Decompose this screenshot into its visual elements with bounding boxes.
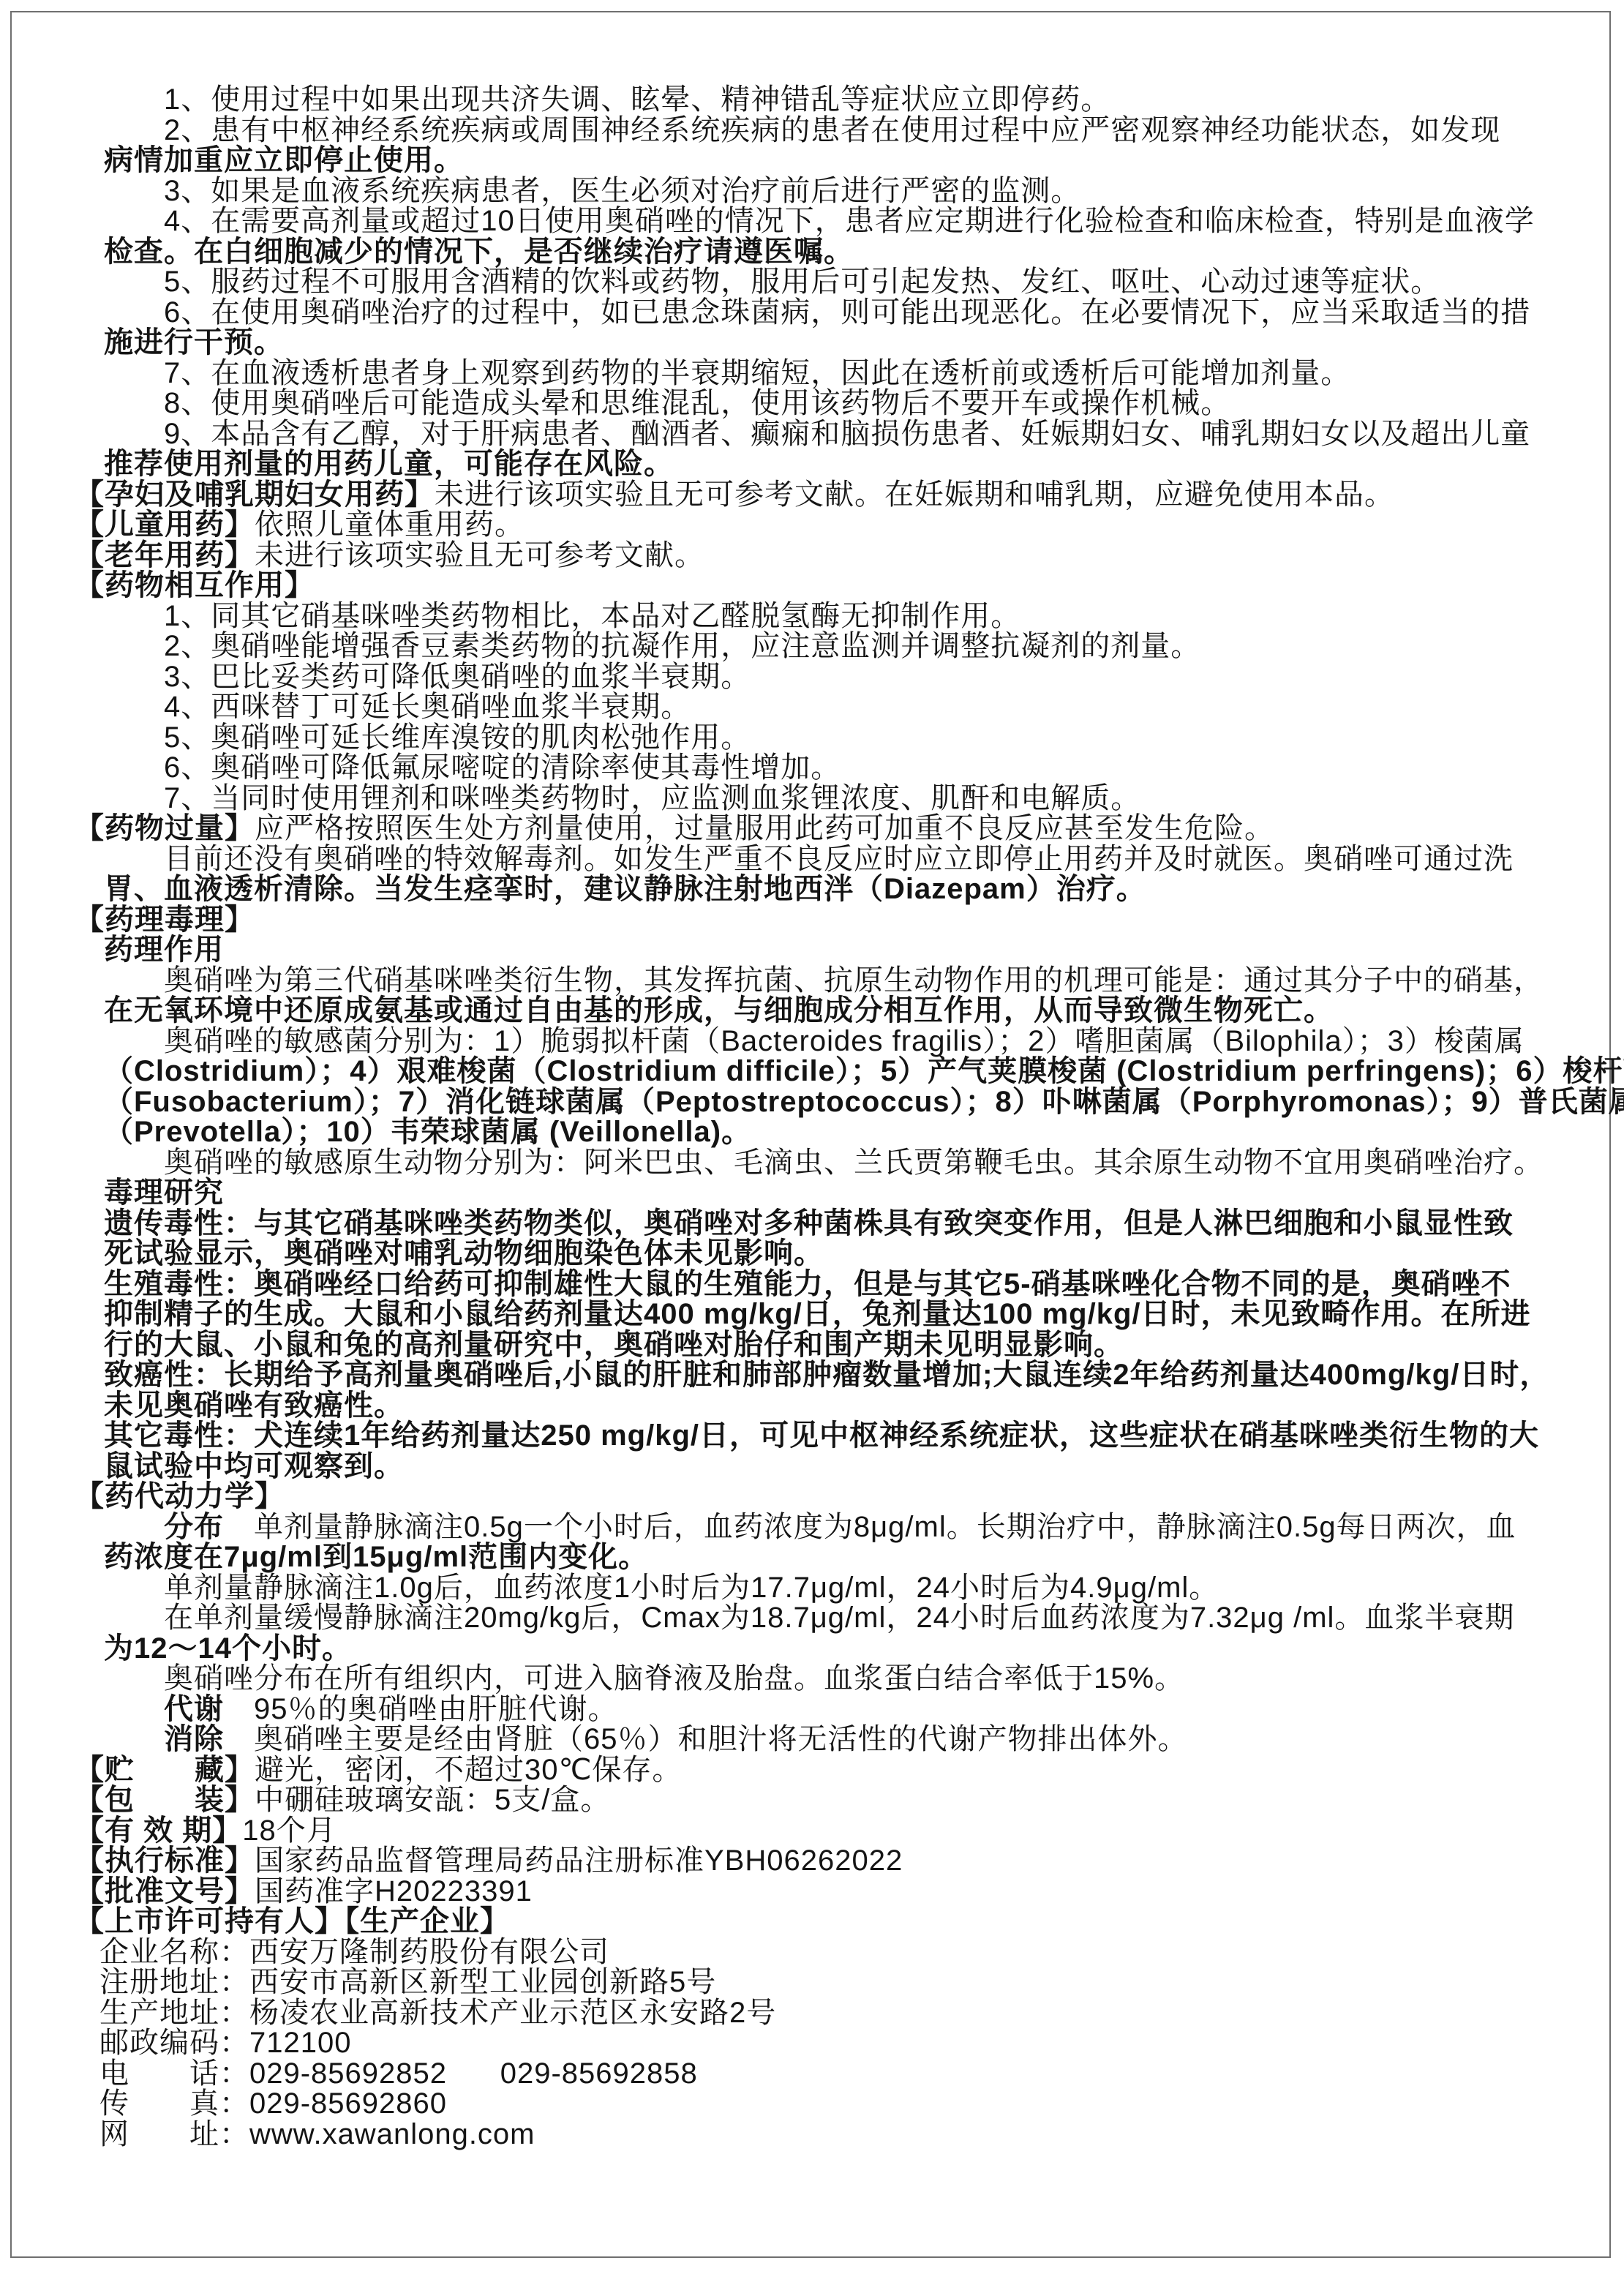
text-segment: 中硼硅玻璃安瓿：5支/盒。 (255, 1784, 610, 1816)
text-line: 病情加重应立即停止使用。 (104, 146, 1624, 176)
text-line: 施进行干预。 (104, 328, 1624, 359)
text-line: 抑制精子的生成。大鼠和小鼠给药剂量达400 mg/kg/日，兔剂量达100 mg… (104, 1299, 1624, 1330)
section-heading-line: 【贮 藏】避光，密闭，不超过30℃保存。 (75, 1755, 1624, 1786)
text-line: 推荐使用剂量的用药儿童，可能存在风险。 (104, 449, 1624, 480)
text-segment: 4、在需要高剂量或超过10日使用奥硝唑的情况下，患者应定期进行化验检查和临床检查… (164, 205, 1535, 237)
text-segment: 未见奥硝唑有致癌性。 (104, 1389, 404, 1422)
text-line: 单剂量静脉滴注1.0g后，血药浓度1小时后为17.7μg/ml，24小时后为4.… (164, 1573, 1624, 1604)
text-line: 网 址：www.xawanlong.com (99, 2120, 1624, 2150)
text-line: 生产地址：杨凌农业高新技术产业示范区永安路2号 (99, 1998, 1624, 2029)
text-line: 行的大鼠、小鼠和兔的高剂量研究中，奥硝唑对胎仔和围产期未见明显影响。 (104, 1330, 1624, 1361)
text-segment: 检查。在白细胞减少的情况下，是否继续治疗请遵医嘱。 (104, 236, 854, 268)
text-segment: 注册地址：西安市高新区新型工业园创新路5号 (99, 1966, 716, 1998)
text-line: 检查。在白细胞减少的情况下，是否继续治疗请遵医嘱。 (104, 237, 1624, 268)
text-line: 为12～14个小时。 (104, 1634, 1624, 1665)
text-segment: 与其它硝基咪唑类药物类似，奥硝唑对多种菌株具有致突变作用，但是人淋巴细胞和小鼠显… (254, 1207, 1514, 1239)
bold-text-segment: 【贮 藏】 (75, 1754, 255, 1786)
bold-text-segment: 【老年用药】 (75, 539, 255, 571)
text-segment: 为12～14个小时。 (104, 1632, 352, 1665)
text-segment: 奥硝唑经口给药可抑制雄性大鼠的生殖能力，但是与其它5-硝基咪唑化合物不同的是，奥… (254, 1268, 1511, 1300)
document-body: 1、使用过程中如果出现共济失调、眩晕、精神错乱等症状应立即停药。2、患有中枢神经… (0, 85, 1624, 2150)
section-heading-line: 【药物相互作用】 (75, 571, 1624, 601)
text-line: 代谢 95％的奥硝唑由肝脏代谢。 (164, 1695, 1624, 1725)
text-line: 毒理研究 (104, 1178, 1624, 1209)
text-segment: 国家药品监督管理局药品注册标准YBH06262022 (255, 1845, 903, 1877)
text-line: 9、本品含有乙醇，对于肝病患者、酗酒者、癫痫和脑损伤患者、妊娠期妇女、哺乳期妇女… (164, 419, 1624, 450)
text-line: 死试验显示，奥硝唑对哺乳动物细胞染色体未见影响。 (104, 1239, 1624, 1269)
section-heading-line: 【儿童用药】依照儿童体重用药。 (75, 510, 1624, 541)
section-heading-line: 【老年用药】未进行该项实验且无可参考文献。 (75, 541, 1624, 571)
bold-text-segment: 其它毒性： (104, 1419, 254, 1452)
text-segment: 传 真：029-85692860 (99, 2087, 447, 2120)
text-segment: 依照儿童体重用药。 (255, 509, 525, 541)
text-segment: 电 话：029-85692852 029-85692858 (99, 2057, 698, 2090)
bold-text-segment: 【孕妇及哺乳期妇女用药】 (75, 479, 435, 511)
text-line: 6、在使用奥硝唑治疗的过程中，如已患念珠菌病，则可能出现恶化。在必要情况下，应当… (164, 298, 1624, 329)
text-line: 奥硝唑为第三代硝基咪唑类衍生物，其发挥抗菌、抗原生动物作用的机理可能是：通过其分… (164, 966, 1624, 997)
text-segment: 2、患有中枢神经系统疾病或周围神经系统疾病的患者在使用过程中应严密观察神经功能状… (164, 114, 1500, 146)
text-segment: （Prevotella）；10）韦荣球菌属 (Veillonella)。 (104, 1116, 751, 1148)
text-segment: 未进行该项实验且无可参考文献。在妊娠期和哺乳期，应避免使用本品。 (435, 479, 1394, 511)
text-segment: 抑制精子的生成。大鼠和小鼠给药剂量达400 mg/kg/日，兔剂量达100 mg… (104, 1298, 1531, 1330)
section-heading-line: 【包 装】中硼硅玻璃安瓿：5支/盒。 (75, 1785, 1624, 1816)
text-line: 分布 单剂量静脉滴注0.5g一个小时后，血药浓度为8μg/ml。长期治疗中，静脉… (164, 1512, 1624, 1543)
text-segment: 未进行该项实验且无可参考文献。 (255, 539, 704, 571)
bold-text-segment: 【药理毒理】 (75, 904, 255, 936)
bold-text-segment: 毒理研究 (104, 1177, 224, 1209)
text-segment: 1、使用过程中如果出现共济失调、眩晕、精神错乱等症状应立即停药。 (164, 83, 1110, 116)
text-segment: （Clostridium）；4）艰难梭菌（Clostridium diffici… (104, 1055, 1624, 1087)
text-segment: 单剂量静脉滴注1.0g后，血药浓度1小时后为17.7μg/ml，24小时后为4.… (164, 1572, 1219, 1604)
text-line: 5、奥硝唑可延长维库溴铵的肌肉松弛作用。 (164, 723, 1624, 754)
bold-text-segment: 致癌性： (104, 1359, 224, 1391)
text-segment: 奥硝唑主要是经由肾脏（65％）和胆汁将无活性的代谢产物排出体外。 (224, 1723, 1188, 1755)
text-segment: 单剂量静脉滴注0.5g一个小时后，血药浓度为8μg/ml。长期治疗中，静脉滴注0… (224, 1511, 1516, 1543)
text-line: （Clostridium）；4）艰难梭菌（Clostridium diffici… (104, 1057, 1624, 1087)
text-line: 2、奥硝唑能增强香豆素类药物的抗凝作用，应注意监测并调整抗凝剂的剂量。 (164, 631, 1624, 662)
bold-text-segment: 【批准文号】 (75, 1875, 255, 1907)
text-line: 企业名称：西安万隆制药股份有限公司 (99, 1937, 1624, 1968)
text-segment: 4、西咪替丁可延长奥硝唑血浆半衰期。 (164, 691, 691, 723)
bold-text-segment: 【儿童用药】 (75, 509, 255, 541)
text-line: 奥硝唑的敏感原生动物分别为：阿米巴虫、毛滴虫、兰氏贾第鞭毛虫。其余原生动物不宜用… (164, 1148, 1624, 1179)
text-segment: 2、奥硝唑能增强香豆素类药物的抗凝作用，应注意监测并调整抗凝剂的剂量。 (164, 630, 1200, 662)
text-line: 邮政编码：712100 (99, 2028, 1624, 2059)
text-line: 3、如果是血液系统疾病患者，医生必须对治疗前后进行严密的监测。 (164, 176, 1624, 207)
section-heading-line: 【药理毒理】 (75, 905, 1624, 936)
text-line: 在单剂量缓慢静脉滴注20mg/kg后，Cmax为18.7μg/ml，24小时后血… (164, 1603, 1624, 1634)
text-line: 4、西咪替丁可延长奥硝唑血浆半衰期。 (164, 692, 1624, 723)
text-segment: 奥硝唑分布在所有组织内，可进入脑脊液及胎盘。血浆蛋白结合率低于15%。 (164, 1662, 1184, 1695)
text-segment: （Fusobacterium）；7）消化链球菌属（Peptostreptococ… (104, 1086, 1624, 1118)
text-line: 传 真：029-85692860 (99, 2089, 1624, 2120)
text-segment: 在无氧环境中还原成氨基或通过自由基的形成，与细胞成分相互作用，从而导致微生物死亡… (104, 994, 1334, 1027)
text-line: 未见奥硝唑有致癌性。 (104, 1391, 1624, 1422)
text-segment: 在单剂量缓慢静脉滴注20mg/kg后，Cmax为18.7μg/ml，24小时后血… (164, 1602, 1514, 1634)
bold-text-segment: 【药物过量】 (75, 812, 255, 844)
text-segment: 应严格按照医生处方剂量使用，过量服用此药可加重不良反应甚至发生危险。 (255, 812, 1274, 844)
text-line: 电 话：029-85692852 029-85692858 (99, 2059, 1624, 2090)
section-heading-line: 【有 效 期】18个月 (75, 1816, 1624, 1847)
bold-text-segment: 【药物相互作用】 (75, 569, 315, 601)
text-line: 消除 奥硝唑主要是经由肾脏（65％）和胆汁将无活性的代谢产物排出体外。 (164, 1725, 1624, 1755)
section-heading-line: 【上市许可持有人】【生产企业】 (75, 1907, 1624, 1937)
text-segment: 9、本品含有乙醇，对于肝病患者、酗酒者、癫痫和脑损伤患者、妊娠期妇女、哺乳期妇女… (164, 418, 1530, 450)
text-segment: 长期给予高剂量奥硝唑后,小鼠的肝脏和肺部肿瘤数量增加;大鼠连续2年给药剂量达40… (224, 1359, 1549, 1391)
text-segment: 1、同其它硝基咪唑类药物相比，本品对乙醛脱氢酶无抑制作用。 (164, 600, 1020, 632)
bold-text-segment: 【有 效 期】 (75, 1815, 242, 1847)
text-line: 致癌性：长期给予高剂量奥硝唑后,小鼠的肝脏和肺部肿瘤数量增加;大鼠连续2年给药剂… (104, 1360, 1624, 1391)
text-line: 4、在需要高剂量或超过10日使用奥硝唑的情况下，患者应定期进行化验检查和临床检查… (164, 206, 1624, 237)
text-segment: 生产地址：杨凌农业高新技术产业示范区永安路2号 (99, 1997, 776, 2029)
text-segment: 奥硝唑为第三代硝基咪唑类衍生物，其发挥抗菌、抗原生动物作用的机理可能是：通过其分… (164, 964, 1544, 997)
text-line: 鼠试验中均可观察到。 (104, 1452, 1624, 1482)
text-line: （Prevotella）；10）韦荣球菌属 (Veillonella)。 (104, 1117, 1624, 1148)
text-segment: 药浓度在7μg/ml到15μg/ml范围内变化。 (104, 1541, 648, 1573)
text-line: 奥硝唑分布在所有组织内，可进入脑脊液及胎盘。血浆蛋白结合率低于15%。 (164, 1664, 1624, 1695)
section-heading-line: 【批准文号】国药准字H20223391 (75, 1877, 1624, 1907)
text-segment: 6、奥硝唑可降低氟尿嘧啶的清除率使其毒性增加。 (164, 751, 841, 784)
text-segment: 鼠试验中均可观察到。 (104, 1450, 404, 1482)
text-segment: 6、在使用奥硝唑治疗的过程中，如已患念珠菌病，则可能出现恶化。在必要情况下，应当… (164, 296, 1530, 329)
text-line: 2、患有中枢神经系统疾病或周围神经系统疾病的患者在使用过程中应严密观察神经功能状… (164, 116, 1624, 146)
text-line: 3、巴比妥类药可降低奥硝唑的血浆半衰期。 (164, 662, 1624, 693)
text-line: 6、奥硝唑可降低氟尿嘧啶的清除率使其毒性增加。 (164, 753, 1624, 784)
text-line: （Fusobacterium）；7）消化链球菌属（Peptostreptococ… (104, 1087, 1624, 1118)
bold-text-segment: 代谢 (164, 1693, 224, 1725)
text-segment: 奥硝唑的敏感菌分别为：1）脆弱拟杆菌（Bacteroides fragilis）… (164, 1025, 1525, 1057)
section-heading-line: 【孕妇及哺乳期妇女用药】未进行该项实验且无可参考文献。在妊娠期和哺乳期，应避免使… (75, 480, 1624, 511)
text-segment: 3、如果是血液系统疾病患者，医生必须对治疗前后进行严密的监测。 (164, 175, 1080, 207)
text-segment: 胃、血液透析清除。当发生痉挛时，建议静脉注射地西泮（Diazepam）治疗。 (104, 873, 1146, 905)
bold-text-segment: 【包 装】 (75, 1784, 255, 1816)
bold-text-segment: 生殖毒性： (104, 1268, 254, 1300)
text-segment: 推荐使用剂量的用药儿童，可能存在风险。 (104, 448, 674, 480)
text-line: 目前还没有奥硝唑的特效解毒剂。如发生严重不良反应时应立即停止用药并及时就医。奥硝… (164, 844, 1624, 875)
text-line: 奥硝唑的敏感菌分别为：1）脆弱拟杆菌（Bacteroides fragilis）… (164, 1027, 1624, 1057)
bold-text-segment: 药理作用 (104, 934, 224, 966)
text-segment: 企业名称：西安万隆制药股份有限公司 (99, 1936, 609, 1968)
text-line: 7、当同时使用锂剂和咪唑类药物时，应监测血浆锂浓度、肌酐和电解质。 (164, 784, 1624, 814)
text-segment: 病情加重应立即停止使用。 (104, 144, 464, 176)
text-segment: 避光，密闭，不超过30℃保存。 (255, 1754, 682, 1786)
bold-text-segment: 消除 (164, 1723, 224, 1755)
page: 1、使用过程中如果出现共济失调、眩晕、精神错乱等症状应立即停药。2、患有中枢神经… (0, 0, 1624, 2274)
text-segment: 95％的奥硝唑由肝脏代谢。 (224, 1693, 618, 1725)
text-line: 其它毒性：犬连续1年给药剂量达250 mg/kg/日，可见中枢神经系统症状，这些… (104, 1421, 1624, 1452)
text-line: 在无氧环境中还原成氨基或通过自由基的形成，与细胞成分相互作用，从而导致微生物死亡… (104, 996, 1624, 1027)
text-segment: 18个月 (242, 1815, 337, 1847)
text-segment: 邮政编码：712100 (99, 2027, 351, 2059)
text-segment: 国药准字H20223391 (255, 1875, 533, 1907)
text-segment: 犬连续1年给药剂量达250 mg/kg/日，可见中枢神经系统症状，这些症状在硝基… (254, 1419, 1539, 1452)
text-segment: 施进行干预。 (104, 326, 284, 359)
text-line: 生殖毒性：奥硝唑经口给药可抑制雄性大鼠的生殖能力，但是与其它5-硝基咪唑化合物不… (104, 1269, 1624, 1300)
text-line: 药浓度在7μg/ml到15μg/ml范围内变化。 (104, 1542, 1624, 1573)
text-segment: 3、巴比妥类药可降低奥硝唑的血浆半衰期。 (164, 661, 751, 693)
section-heading-line: 【药代动力学】 (75, 1482, 1624, 1512)
text-segment: 8、使用奥硝唑后可能造成头晕和思维混乱，使用该药物后不要开车或操作机械。 (164, 387, 1230, 419)
text-line: 5、服药过程不可服用含酒精的饮料或药物，服用后可引起发热、发红、呕吐、心动过速等… (164, 267, 1624, 298)
text-segment: 7、当同时使用锂剂和咪唑类药物时，应监测血浆锂浓度、肌酐和电解质。 (164, 782, 1140, 814)
section-heading-line: 【执行标准】国家药品监督管理局药品注册标准YBH06262022 (75, 1846, 1624, 1877)
text-line: 遗传毒性：与其它硝基咪唑类药物类似，奥硝唑对多种菌株具有致突变作用，但是人淋巴细… (104, 1209, 1624, 1239)
text-segment: 奥硝唑的敏感原生动物分别为：阿米巴虫、毛滴虫、兰氏贾第鞭毛虫。其余原生动物不宜用… (164, 1147, 1544, 1179)
text-segment: 行的大鼠、小鼠和兔的高剂量研究中，奥硝唑对胎仔和围产期未见明显影响。 (104, 1329, 1124, 1361)
bold-text-segment: 【药代动力学】 (75, 1480, 285, 1512)
bold-text-segment: 【上市许可持有人】【生产企业】 (75, 1905, 510, 1937)
bold-text-segment: 分布 (164, 1511, 224, 1543)
text-segment: 目前还没有奥硝唑的特效解毒剂。如发生严重不良反应时应立即停止用药并及时就医。奥硝… (164, 843, 1514, 875)
text-line: 1、同其它硝基咪唑类药物相比，本品对乙醛脱氢酶无抑制作用。 (164, 601, 1624, 632)
bold-text-segment: 【执行标准】 (75, 1845, 255, 1877)
text-segment: 5、奥硝唑可延长维库溴铵的肌肉松弛作用。 (164, 721, 751, 754)
text-line: 药理作用 (104, 935, 1624, 966)
text-line: 8、使用奥硝唑后可能造成头晕和思维混乱，使用该药物后不要开车或操作机械。 (164, 389, 1624, 419)
text-segment: 5、服药过程不可服用含酒精的饮料或药物，服用后可引起发热、发红、呕吐、心动过速等… (164, 266, 1440, 298)
text-line: 注册地址：西安市高新区新型工业园创新路5号 (99, 1967, 1624, 1998)
text-segment: 7、在血液透析患者身上观察到药物的半衰期缩短，因此在透析前或透析后可能增加剂量。 (164, 357, 1350, 389)
text-line: 1、使用过程中如果出现共济失调、眩晕、精神错乱等症状应立即停药。 (164, 85, 1624, 116)
bold-text-segment: 遗传毒性： (104, 1207, 254, 1239)
text-line: 胃、血液透析清除。当发生痉挛时，建议静脉注射地西泮（Diazepam）治疗。 (104, 874, 1624, 905)
text-segment: 网 址：www.xawanlong.com (99, 2118, 535, 2150)
text-segment: 死试验显示，奥硝唑对哺乳动物细胞染色体未见影响。 (104, 1237, 824, 1269)
text-line: 7、在血液透析患者身上观察到药物的半衰期缩短，因此在透析前或透析后可能增加剂量。 (164, 359, 1624, 389)
section-heading-line: 【药物过量】应严格按照医生处方剂量使用，过量服用此药可加重不良反应甚至发生危险。 (75, 814, 1624, 844)
